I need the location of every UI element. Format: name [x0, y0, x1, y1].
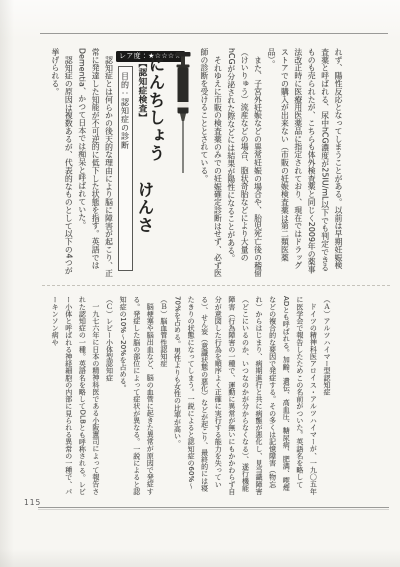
page-number: 115 — [24, 498, 41, 507]
section-body-a: ドイツの精神科医アロイス・アルツハイマーが、一九〇五年に医学会で報告したためこの… — [170, 296, 320, 498]
section-body-b: 脳梗塞や脳出血など、脳の血管に起きた異常が原因で発症する。発症した脳の部位によっ… — [116, 296, 157, 498]
bottom-band: （Ａ）アルツハイマー型認知症 ドイツの精神科医アロイス・アルツハイマーが、一九〇… — [40, 296, 333, 498]
purpose-label: 目的：認知症の診断 — [118, 72, 131, 270]
syringe-icon — [172, 52, 194, 177]
top-band: れず、陽性反応となってしまうことがある。以前は早期妊娠検査薬と呼ばれる、尿中hC… — [40, 48, 345, 277]
purpose-box: 目的：認知症の診断 — [118, 66, 133, 271]
article-intro: 認知症とは何らかの後天的な理由により脳に障害が起こり、正常に発達した知能が不可逆… — [49, 48, 116, 277]
previous-entry-text: れず、陽性反応となってしまうことがある。以前は早期妊娠検査薬と呼ばれる、尿中hC… — [198, 48, 345, 277]
paragraph: また、子宮外妊娠などの異常妊娠の場合や、胎児死亡後の稽留（けいりゅう）流産などの… — [224, 48, 264, 277]
section-body-c: 一九七六年に日本の精神科医である小阪憲司によって報告された認知症の一種。英語名を… — [48, 296, 102, 498]
entry-reading-line2: けんさ — [138, 181, 151, 234]
top-rule — [40, 33, 388, 34]
entry-header: レア度：★☆☆☆☆ 目的：認知症の診断 【認知症検査】 にんちしょう けんさ — [116, 48, 198, 277]
bottom-rule — [38, 507, 389, 508]
section-heading-a: （Ａ）アルツハイマー型認知症 — [319, 296, 333, 498]
band-divider — [42, 285, 390, 286]
paragraph: 認知症とは何らかの後天的な理由により脳に障害が起こり、正常に発達した知能が不可逆… — [75, 48, 115, 277]
section-heading-c: （Ｃ）レビー小体型認知症 — [102, 296, 116, 498]
section-heading-b: （Ｂ）脳血管性認知症 — [156, 296, 170, 498]
scanned-page: れず、陽性反応となってしまうことがある。以前は早期妊娠検査薬と呼ばれる、尿中hC… — [0, 0, 400, 567]
entry-reading-line1: にんちしょう — [149, 56, 162, 162]
paragraph: れず、陽性反応となってしまうことがある。以前は早期妊娠検査薬と呼ばれる、尿中hC… — [265, 48, 345, 277]
paragraph: 認知症の原因は複数あるが、代表的なものとして以下の4つが挙げられる。 — [49, 48, 76, 277]
paragraph: それゆえに市販の検査薬のみでの妊娠確定診断はせず、必ず医師の診断を受けることとさ… — [198, 48, 225, 277]
